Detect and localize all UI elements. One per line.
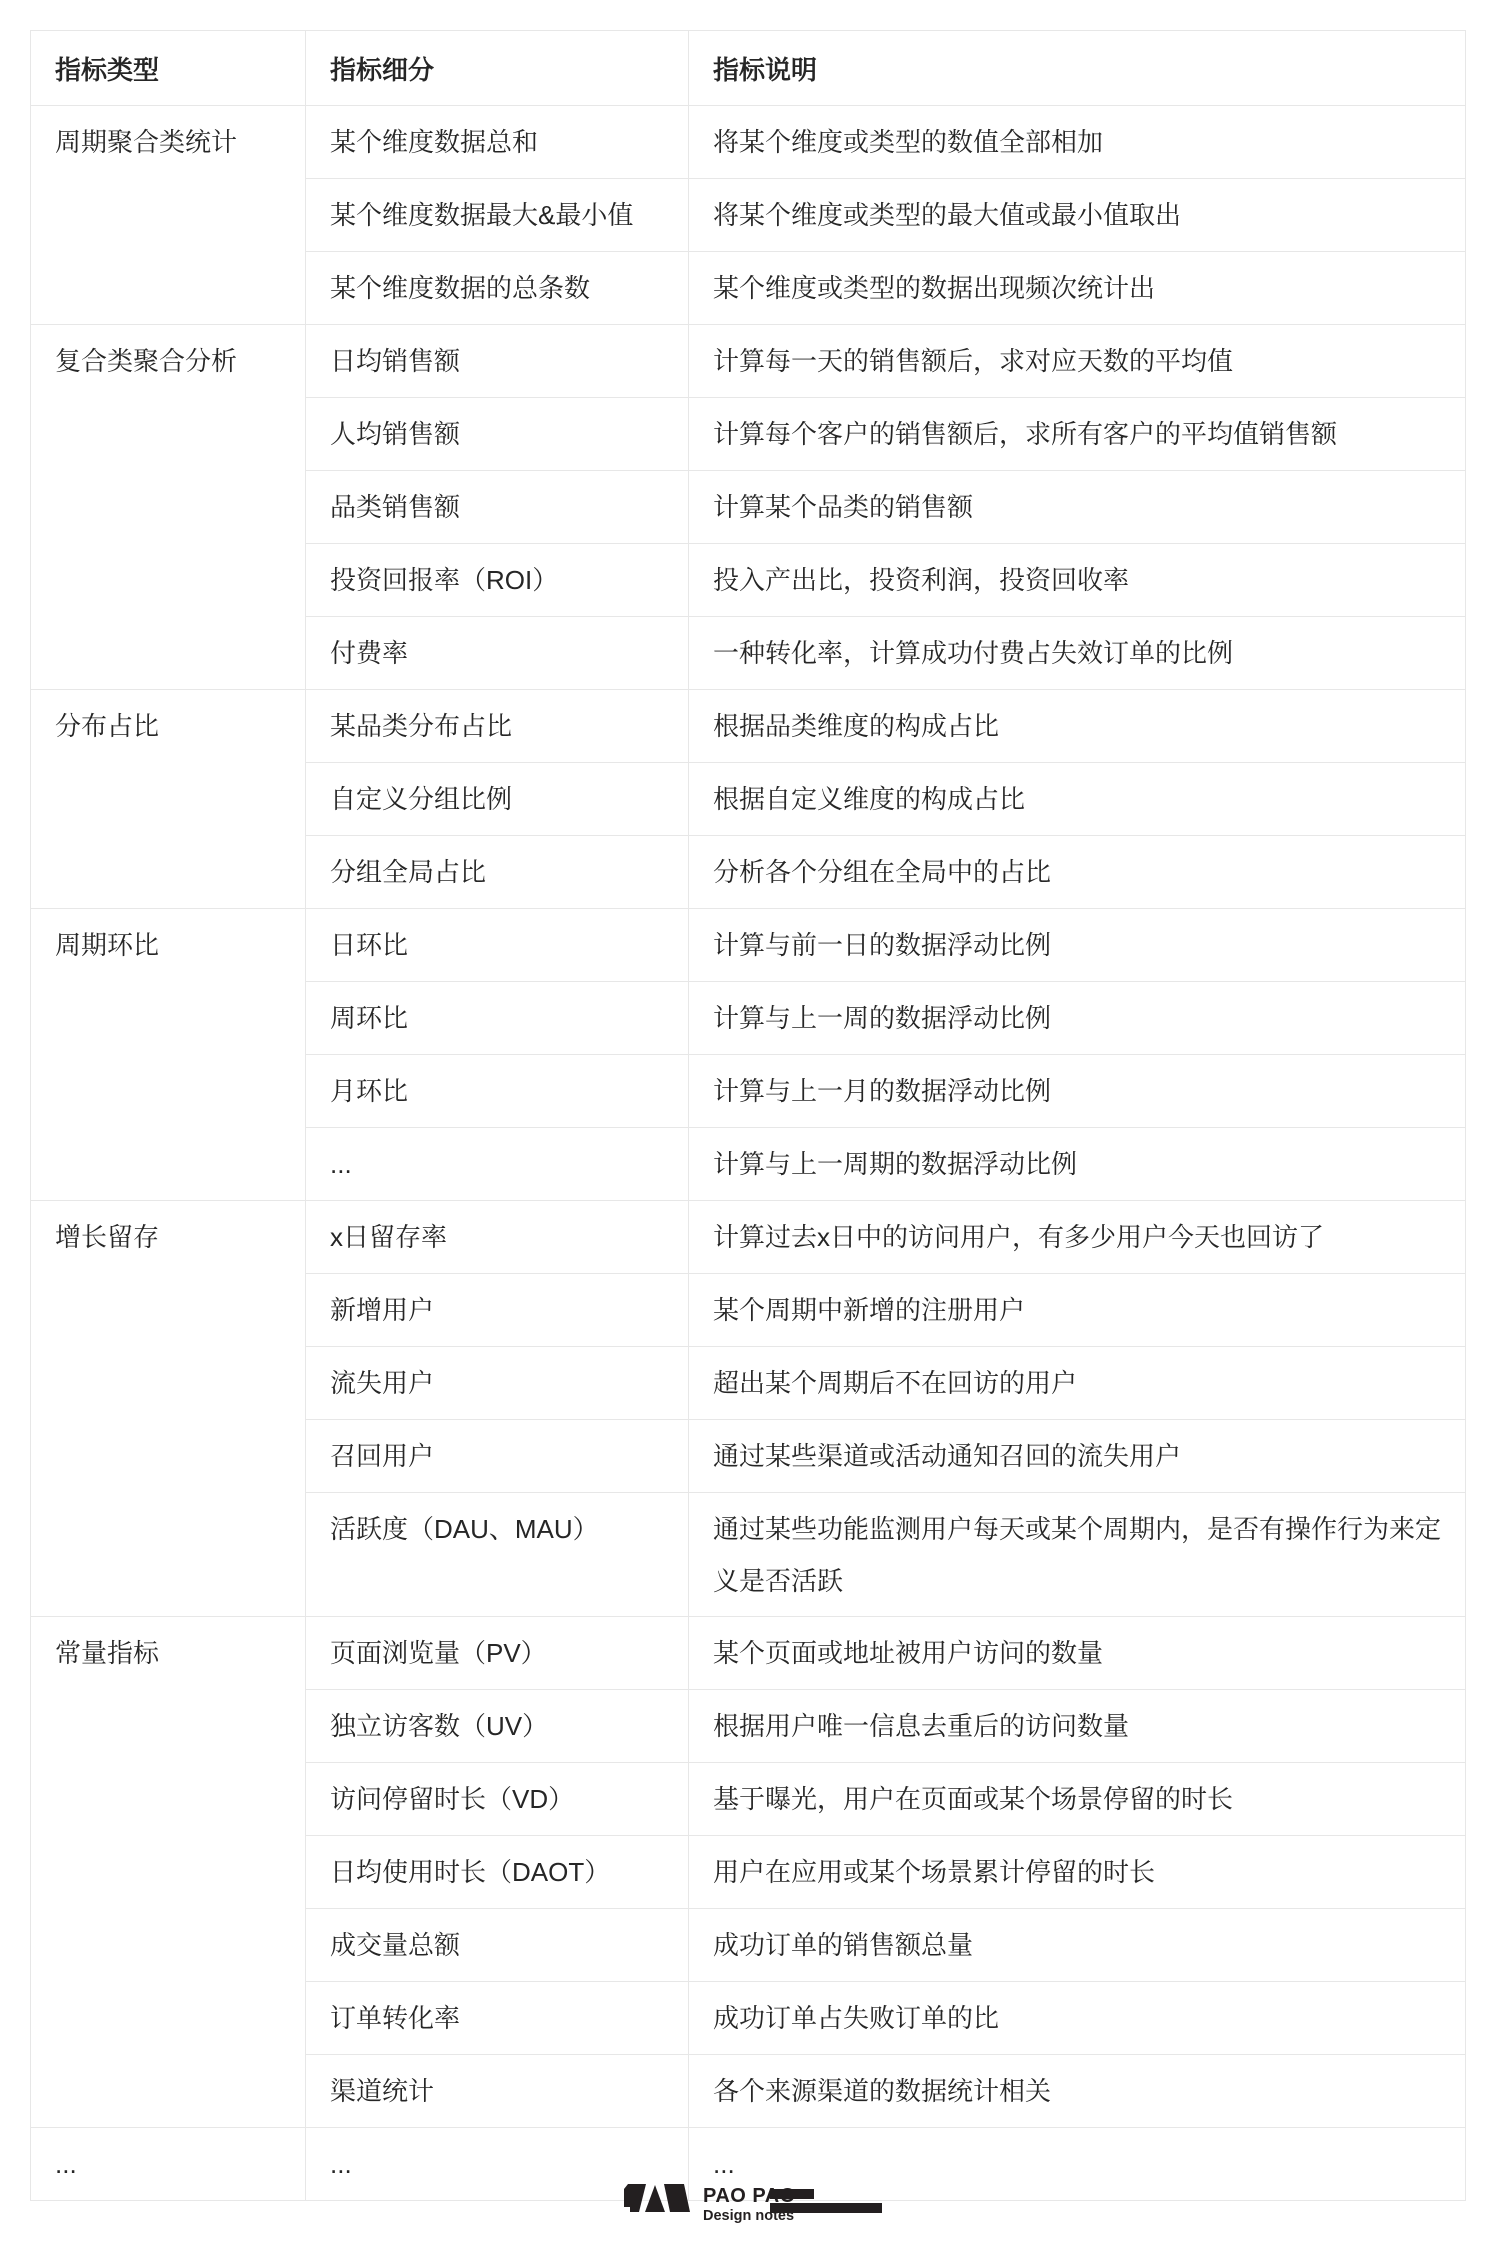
desc-cell: 计算与上一月的数据浮动比例 bbox=[689, 1055, 1466, 1128]
group-type-cell: ... bbox=[31, 2128, 306, 2201]
desc-cell: ... bbox=[689, 2128, 1466, 2201]
group-type-cell: 周期环比 bbox=[31, 909, 306, 1201]
desc-cell: 计算过去x日中的访问用户，有多少用户今天也回访了 bbox=[689, 1201, 1466, 1274]
table-row: ......... bbox=[31, 2128, 1466, 2201]
desc-cell: 根据用户唯一信息去重后的访问数量 bbox=[689, 1690, 1466, 1763]
header-row: 指标类型 指标细分 指标说明 bbox=[31, 31, 1466, 106]
metric-cell: 投资回报率（ROI） bbox=[306, 544, 689, 617]
metric-cell: 分组全局占比 bbox=[306, 836, 689, 909]
metrics-table: 指标类型 指标细分 指标说明 周期聚合类统计某个维度数据总和将某个维度或类型的数… bbox=[30, 30, 1466, 2201]
col-header-metric-type: 指标类型 bbox=[31, 31, 306, 106]
metric-cell: ... bbox=[306, 1128, 689, 1201]
desc-cell: 成功订单的销售额总量 bbox=[689, 1909, 1466, 1982]
group-type-cell: 周期聚合类统计 bbox=[31, 106, 306, 325]
metric-cell: 页面浏览量（PV） bbox=[306, 1617, 689, 1690]
metric-cell: 人均销售额 bbox=[306, 398, 689, 471]
metric-cell: 某品类分布占比 bbox=[306, 690, 689, 763]
col-header-metric-description: 指标说明 bbox=[689, 31, 1466, 106]
table-row: 增长留存x日留存率计算过去x日中的访问用户，有多少用户今天也回访了 bbox=[31, 1201, 1466, 1274]
group-type-cell: 增长留存 bbox=[31, 1201, 306, 1617]
desc-cell: 某个维度或类型的数据出现频次统计出 bbox=[689, 252, 1466, 325]
metric-cell: 日均使用时长（DAOT） bbox=[306, 1836, 689, 1909]
desc-cell: 某个页面或地址被用户访问的数量 bbox=[689, 1617, 1466, 1690]
desc-cell: 用户在应用或某个场景累计停留的时长 bbox=[689, 1836, 1466, 1909]
logo-bar-long bbox=[770, 2203, 882, 2213]
metric-cell: 月环比 bbox=[306, 1055, 689, 1128]
table-row: 复合类聚合分析日均销售额计算每一天的销售额后，求对应天数的平均值 bbox=[31, 325, 1466, 398]
desc-cell: 将某个维度或类型的数值全部相加 bbox=[689, 106, 1466, 179]
desc-cell: 根据自定义维度的构成占比 bbox=[689, 763, 1466, 836]
brand-subtitle: Design notes bbox=[703, 2209, 796, 2223]
metric-cell: 订单转化率 bbox=[306, 1982, 689, 2055]
col-header-metric-detail: 指标细分 bbox=[306, 31, 689, 106]
desc-cell: 超出某个周期后不在回访的用户 bbox=[689, 1347, 1466, 1420]
desc-cell: 计算某个品类的销售额 bbox=[689, 471, 1466, 544]
desc-cell: 根据品类维度的构成占比 bbox=[689, 690, 1466, 763]
metric-cell: 某个维度数据总和 bbox=[306, 106, 689, 179]
metric-cell: 某个维度数据最大&最小值 bbox=[306, 179, 689, 252]
desc-cell: 计算与上一周的数据浮动比例 bbox=[689, 982, 1466, 1055]
metric-cell: 品类销售额 bbox=[306, 471, 689, 544]
desc-cell: 计算每一天的销售额后，求对应天数的平均值 bbox=[689, 325, 1466, 398]
desc-cell: 成功订单占失败订单的比 bbox=[689, 1982, 1466, 2055]
table-row: 周期环比日环比计算与前一日的数据浮动比例 bbox=[31, 909, 1466, 982]
metric-cell: x日留存率 bbox=[306, 1201, 689, 1274]
metric-cell: 日均销售额 bbox=[306, 325, 689, 398]
desc-cell: 通过某些渠道或活动通知召回的流失用户 bbox=[689, 1420, 1466, 1493]
metric-cell: 活跃度（DAU、MAU） bbox=[306, 1493, 689, 1617]
metric-cell: 渠道统计 bbox=[306, 2055, 689, 2128]
table-row: 周期聚合类统计某个维度数据总和将某个维度或类型的数值全部相加 bbox=[31, 106, 1466, 179]
metric-cell: 流失用户 bbox=[306, 1347, 689, 1420]
desc-cell: 计算每个客户的销售额后，求所有客户的平均值销售额 bbox=[689, 398, 1466, 471]
desc-cell: 投入产出比，投资利润，投资回收率 bbox=[689, 544, 1466, 617]
desc-cell: 将某个维度或类型的最大值或最小值取出 bbox=[689, 179, 1466, 252]
page: 指标类型 指标细分 指标说明 周期聚合类统计某个维度数据总和将某个维度或类型的数… bbox=[0, 0, 1500, 2241]
metric-cell: 周环比 bbox=[306, 982, 689, 1055]
metric-cell: 日环比 bbox=[306, 909, 689, 982]
desc-cell: 计算与前一日的数据浮动比例 bbox=[689, 909, 1466, 982]
desc-cell: 分析各个分组在全局中的占比 bbox=[689, 836, 1466, 909]
desc-cell: 计算与上一周期的数据浮动比例 bbox=[689, 1128, 1466, 1201]
metric-cell: 付费率 bbox=[306, 617, 689, 690]
group-type-cell: 常量指标 bbox=[31, 1617, 306, 2128]
desc-cell: 某个周期中新增的注册用户 bbox=[689, 1274, 1466, 1347]
metric-cell: 召回用户 bbox=[306, 1420, 689, 1493]
group-type-cell: 分布占比 bbox=[31, 690, 306, 909]
metric-cell: 某个维度数据的总条数 bbox=[306, 252, 689, 325]
desc-cell: 通过某些功能监测用户每天或某个周期内，是否有操作行为来定义是否活跃 bbox=[689, 1493, 1466, 1617]
table-row: 分布占比某品类分布占比根据品类维度的构成占比 bbox=[31, 690, 1466, 763]
metric-cell: ... bbox=[306, 2128, 689, 2201]
metric-cell: 独立访客数（UV） bbox=[306, 1690, 689, 1763]
metric-cell: 新增用户 bbox=[306, 1274, 689, 1347]
group-type-cell: 复合类聚合分析 bbox=[31, 325, 306, 690]
metric-cell: 成交量总额 bbox=[306, 1909, 689, 1982]
desc-cell: 基于曝光，用户在页面或某个场景停留的时长 bbox=[689, 1763, 1466, 1836]
table-row: 常量指标页面浏览量（PV）某个页面或地址被用户访问的数量 bbox=[31, 1617, 1466, 1690]
desc-cell: 一种转化率，计算成功付费占失效订单的比例 bbox=[689, 617, 1466, 690]
metric-cell: 自定义分组比例 bbox=[306, 763, 689, 836]
desc-cell: 各个来源渠道的数据统计相关 bbox=[689, 2055, 1466, 2128]
metric-cell: 访问停留时长（VD） bbox=[306, 1763, 689, 1836]
